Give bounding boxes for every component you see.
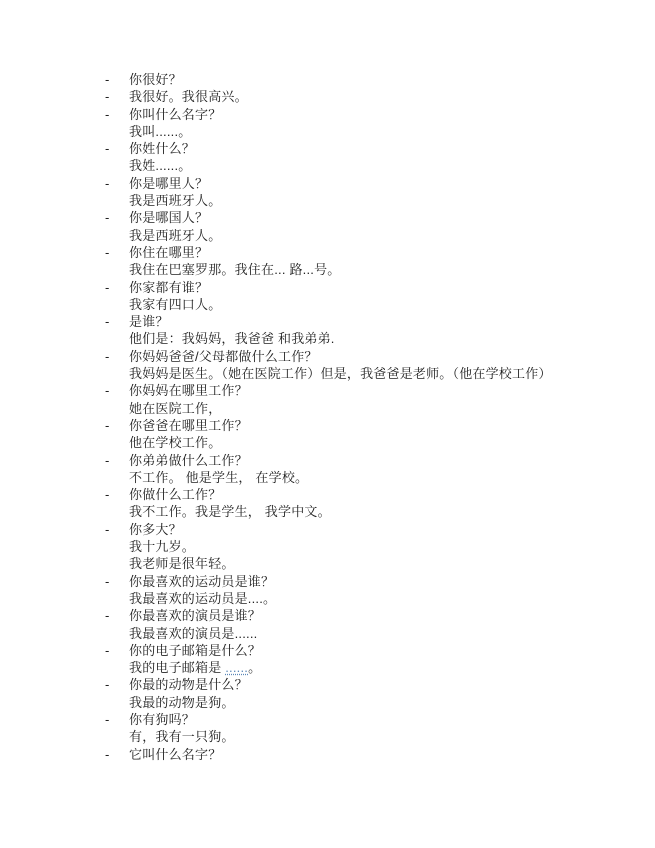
dash-bullet: -	[105, 71, 129, 88]
line-text: 你是哪国人？	[129, 209, 208, 226]
qa-line: -你的电子邮箱是什么？	[105, 642, 625, 659]
qa-line: 我十九岁。	[105, 538, 625, 555]
dash-bullet: -	[105, 676, 129, 693]
dash-bullet: -	[105, 746, 129, 763]
line-text: 你多大？	[129, 521, 182, 538]
dash-bullet: -	[105, 140, 129, 157]
line-text: 她在医院工作，	[129, 400, 221, 417]
qa-line: 我姓......。	[105, 157, 625, 174]
qa-line: -你是哪国人？	[105, 209, 625, 226]
qa-line: 我叫......。	[105, 123, 625, 140]
line-text: 我是西班牙人。	[129, 192, 221, 209]
qa-line: -你很好？	[105, 71, 625, 88]
line-text: 我十九岁。	[129, 538, 195, 555]
qa-line: -你做什么工作？	[105, 486, 625, 503]
line-text: 我住在巴塞罗那。我住在... 路...号。	[129, 261, 340, 278]
qa-line: -我很好。我很高兴。	[105, 88, 625, 105]
line-text: 你爸爸在哪里工作？	[129, 417, 248, 434]
qa-list: -你很好？-我很好。我很高兴。-你叫什么名字？我叫......。-你姓什么？我姓…	[105, 71, 625, 763]
dash-bullet: -	[105, 607, 129, 624]
qa-line: -你家都有谁？	[105, 279, 625, 296]
line-text: 我最的动物是狗。	[129, 694, 235, 711]
dash-bullet: -	[105, 244, 129, 261]
line-text: 你弟弟做什么工作？	[129, 452, 248, 469]
ellipsis-placeholder: ......	[225, 659, 248, 676]
qa-line: 我老师是很年轻。	[105, 555, 625, 572]
document-page: -你很好？-我很好。我很高兴。-你叫什么名字？我叫......。-你姓什么？我姓…	[0, 0, 655, 848]
qa-line: 我妈妈是医生。（她在医院工作）但是，我爸爸是老师。（他在学校工作）	[105, 365, 625, 382]
dash-bullet: -	[105, 106, 129, 123]
line-text: 我不工作。我是学生， 我学中文。	[129, 503, 331, 520]
dash-bullet: -	[105, 486, 129, 503]
line-text: 你很好？	[129, 71, 182, 88]
line-text: 他在学校工作。	[129, 434, 221, 451]
qa-line: -你妈妈在哪里工作？	[105, 382, 625, 399]
dash-bullet: -	[105, 279, 129, 296]
line-text: 你住在哪里？	[129, 244, 208, 261]
qa-line: 他在学校工作。	[105, 434, 625, 451]
qa-line: -你住在哪里？	[105, 244, 625, 261]
line-text: 他们是：我妈妈，我爸爸 和我弟弟.	[129, 330, 335, 347]
line-text: 你最的动物是什么？	[129, 676, 248, 693]
dash-bullet: -	[105, 642, 129, 659]
qa-line: 她在医院工作，	[105, 400, 625, 417]
line-text: 你叫什么名字？	[129, 106, 221, 123]
line-text: 我的电子邮箱是	[129, 659, 225, 676]
qa-line: 不工作。 他是学生， 在学校。	[105, 469, 625, 486]
dash-bullet: -	[105, 175, 129, 192]
line-text: 我是西班牙人。	[129, 227, 221, 244]
qa-line: -是谁？	[105, 313, 625, 330]
qa-line: -你最喜欢的演员是谁？	[105, 607, 625, 624]
line-text: 我姓......。	[129, 157, 191, 174]
dash-bullet: -	[105, 209, 129, 226]
qa-line: -你有狗吗？	[105, 711, 625, 728]
line-text-suffix: 。	[248, 659, 261, 676]
dash-bullet: -	[105, 417, 129, 434]
qa-line: -它叫什么名字？	[105, 746, 625, 763]
line-text: 你是哪里人？	[129, 175, 208, 192]
line-text: 它叫什么名字？	[129, 746, 221, 763]
qa-line: 他们是：我妈妈，我爸爸 和我弟弟.	[105, 330, 625, 347]
line-text: 我很好。我很高兴。	[129, 88, 248, 105]
line-text: 不工作。 他是学生， 在学校。	[129, 469, 308, 486]
qa-line: 有，我有一只狗。	[105, 728, 625, 745]
qa-line: -你妈妈爸爸/父母都做什么工作？	[105, 348, 625, 365]
qa-line: 我住在巴塞罗那。我住在... 路...号。	[105, 261, 625, 278]
dash-bullet: -	[105, 348, 129, 365]
qa-line: -你弟弟做什么工作？	[105, 452, 625, 469]
line-text: 我最喜欢的演员是......	[129, 625, 257, 642]
line-text: 你妈妈在哪里工作？	[129, 382, 248, 399]
line-text: 我最喜欢的运动员是....。	[129, 590, 276, 607]
qa-line: 我不工作。我是学生， 我学中文。	[105, 503, 625, 520]
qa-line: -你最的动物是什么？	[105, 676, 625, 693]
line-text: 有，我有一只狗。	[129, 728, 235, 745]
qa-line: -你爸爸在哪里工作？	[105, 417, 625, 434]
line-text: 是谁？	[129, 313, 169, 330]
qa-line: 我家有四口人。	[105, 296, 625, 313]
line-text: 我叫......。	[129, 123, 191, 140]
dash-bullet: -	[105, 88, 129, 105]
line-text: 我家有四口人。	[129, 296, 221, 313]
qa-line: -你叫什么名字？	[105, 106, 625, 123]
qa-line: 我最的动物是狗。	[105, 694, 625, 711]
line-text: 你妈妈爸爸/父母都做什么工作？	[129, 348, 318, 365]
line-text: 我老师是很年轻。	[129, 555, 235, 572]
qa-line: 我是西班牙人。	[105, 192, 625, 209]
qa-line: -你多大？	[105, 521, 625, 538]
line-text: 你家都有谁？	[129, 279, 208, 296]
line-text: 你做什么工作？	[129, 486, 221, 503]
qa-line: -你姓什么？	[105, 140, 625, 157]
line-text: 你的电子邮箱是什么？	[129, 642, 261, 659]
line-text: 你姓什么？	[129, 140, 195, 157]
qa-line: 我的电子邮箱是 ......。	[105, 659, 625, 676]
dash-bullet: -	[105, 711, 129, 728]
qa-line: 我最喜欢的演员是......	[105, 625, 625, 642]
qa-line: 我最喜欢的运动员是....。	[105, 590, 625, 607]
dash-bullet: -	[105, 382, 129, 399]
dash-bullet: -	[105, 521, 129, 538]
dash-bullet: -	[105, 452, 129, 469]
qa-line: 我是西班牙人。	[105, 227, 625, 244]
line-text: 你最喜欢的运动员是谁？	[129, 573, 274, 590]
dash-bullet: -	[105, 313, 129, 330]
line-text: 你最喜欢的演员是谁？	[129, 607, 261, 624]
qa-line: -你最喜欢的运动员是谁？	[105, 573, 625, 590]
line-text: 我妈妈是医生。（她在医院工作）但是，我爸爸是老师。（他在学校工作）	[129, 365, 552, 382]
line-text: 你有狗吗？	[129, 711, 195, 728]
qa-line: -你是哪里人？	[105, 175, 625, 192]
dash-bullet: -	[105, 573, 129, 590]
